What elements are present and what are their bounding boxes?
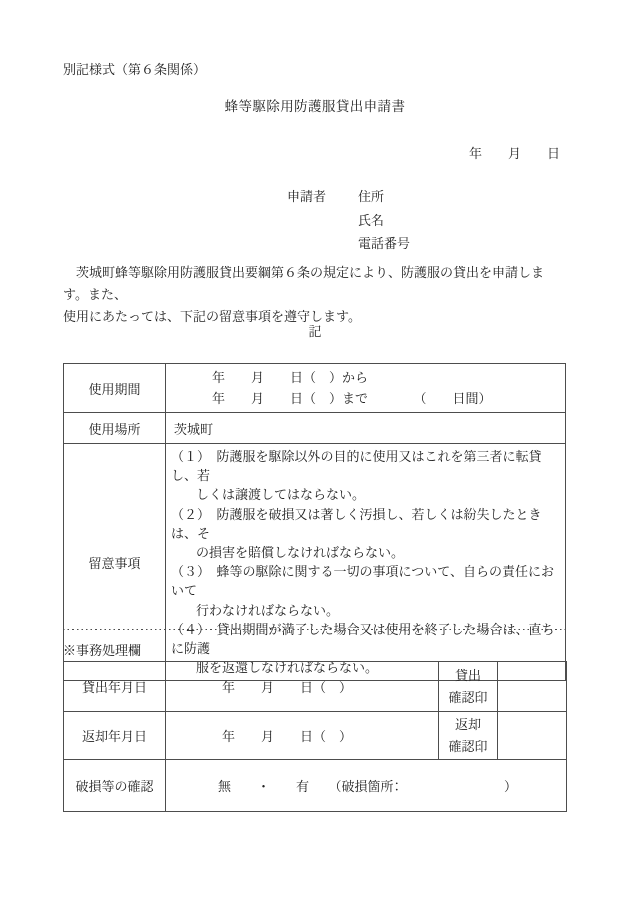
note-item-1-line-2: しくは譲渡してはならない。 <box>171 485 561 504</box>
lend-date-header: 貸出年月日 <box>64 662 166 712</box>
usage-period-value: 年 月 日（ ）から 年 月 日（ ）まで （ 日間） <box>166 364 566 413</box>
return-date-value: 年 月 日（ ） <box>166 712 439 760</box>
note-item-2-line-2: の損害を賠償しなければならない。 <box>171 543 561 562</box>
damage-check-header: 破損等の確認 <box>64 760 166 812</box>
note-item-1-line-1: （１） 防護服を駆除以外の目的に使用又はこれを第三者に転貸し、若 <box>171 447 561 485</box>
return-stamp-label-line-2: 確認印 <box>439 736 497 758</box>
return-date-header: 返却年月日 <box>64 712 166 760</box>
lend-stamp-label: 貸出 確認印 <box>439 662 498 712</box>
usage-period-row: 使用期間 年 月 日（ ）から 年 月 日（ ）まで （ 日間） <box>64 364 566 413</box>
admin-table: 貸出年月日 年 月 日（ ） 貸出 確認印 返却年月日 年 月 日（ ） 返却 … <box>63 661 567 812</box>
lend-date-value: 年 月 日（ ） <box>166 662 439 712</box>
return-stamp-box <box>498 712 567 760</box>
form-style-reference: 別記様式（第６条関係） <box>63 62 206 77</box>
lend-stamp-box <box>498 662 567 712</box>
applicant-name-field: 氏名 <box>358 209 410 233</box>
usage-place-header: 使用場所 <box>64 413 166 444</box>
application-form-document: 別記様式（第６条関係） 蜂等駆除用防護服貸出申請書 年 月 日 申請者 住所 氏… <box>0 0 630 903</box>
note-item-3-line-2: 行わなければならない。 <box>171 601 561 620</box>
usage-period-from-line: 年 月 日（ ）から <box>212 367 565 388</box>
note-item-2-line-1: （２） 防護服を破損又は著しく汚損し、若しくは紛失したときは、そ <box>171 505 561 543</box>
applicant-address-field: 住所 <box>358 185 410 209</box>
applicant-fields: 住所 氏名 電話番号 <box>358 185 410 256</box>
note-item-3-line-1: （３） 蜂等の駆除に関する一切の事項について、自らの責任において <box>171 562 561 600</box>
usage-place-row: 使用場所 茨城町 <box>64 413 566 444</box>
note-item-4-line-1: （４） 貸出期間が満了した場合又は使用を終了した場合は、直ちに防護 <box>171 620 561 658</box>
damage-check-value: 無 ・ 有 （破損箇所： ） <box>166 760 567 812</box>
admin-section-label: ※事務処理欄 <box>63 643 141 658</box>
damage-check-row: 破損等の確認 無 ・ 有 （破損箇所： ） <box>64 760 567 812</box>
usage-place-value: 茨城町 <box>166 413 566 444</box>
applicant-block: 申請者 住所 氏名 電話番号 <box>287 185 410 256</box>
statement-line-1: 茨城町蜂等駆除用防護服貸出要綱第６条の規定により、防護服の貸出を申請します。また… <box>63 262 567 306</box>
date-blank-line: 年 月 日 <box>469 146 560 161</box>
return-stamp-label-line-1: 返却 <box>439 714 497 736</box>
usage-period-to-line: 年 月 日（ ）まで （ 日間） <box>212 388 565 409</box>
form-title: 蜂等駆除用防護服貸出申請書 <box>0 99 630 115</box>
lend-stamp-label-line-2: 確認印 <box>439 687 497 709</box>
lend-date-row: 貸出年月日 年 月 日（ ） 貸出 確認印 <box>64 662 567 712</box>
return-stamp-label: 返却 確認印 <box>439 712 498 760</box>
lend-stamp-label-line-1: 貸出 <box>439 665 497 687</box>
notes-list: （１） 防護服を駆除以外の目的に使用又はこれを第三者に転貸し、若 しくは譲渡して… <box>166 444 566 681</box>
cut-off-dashed-line <box>63 629 566 631</box>
application-statement: 茨城町蜂等駆除用防護服貸出要綱第６条の規定により、防護服の貸出を申請します。また… <box>63 262 567 328</box>
applicant-phone-field: 電話番号 <box>358 232 410 256</box>
return-date-row: 返却年月日 年 月 日（ ） 返却 確認印 <box>64 712 567 760</box>
record-heading: 記 <box>0 324 630 339</box>
usage-period-header: 使用期間 <box>64 364 166 413</box>
applicant-label: 申請者 <box>287 185 326 256</box>
usage-table: 使用期間 年 月 日（ ）から 年 月 日（ ）まで （ 日間） 使用場所 茨城… <box>63 363 566 681</box>
